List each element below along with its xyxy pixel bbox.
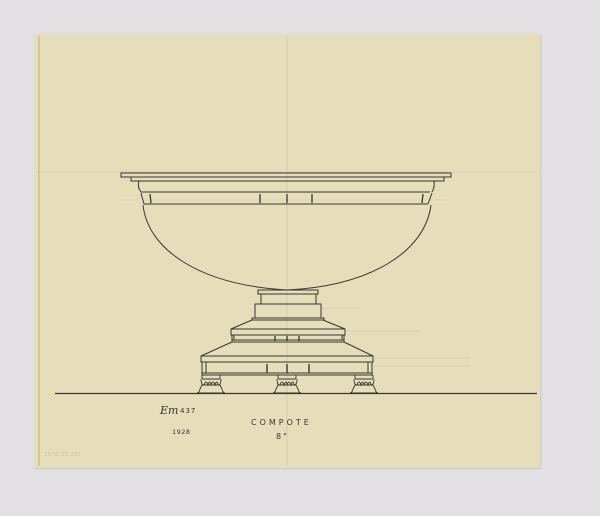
catalog-number: 437 — [180, 407, 196, 415]
foot-right — [350, 375, 378, 393]
drawing-year: 1928 — [172, 428, 191, 436]
compote-outline — [121, 173, 451, 375]
construction-guides — [36, 36, 538, 466]
compote-elevation-drawing — [0, 0, 600, 516]
inventory-stamp: 1976.30.201 — [44, 452, 81, 458]
designer-monogram: Em — [160, 404, 178, 417]
foot-left — [197, 375, 225, 393]
object-size: 8" — [276, 432, 289, 441]
drawing-title: COMPOTE — [251, 418, 312, 427]
compote-feet — [197, 375, 378, 393]
